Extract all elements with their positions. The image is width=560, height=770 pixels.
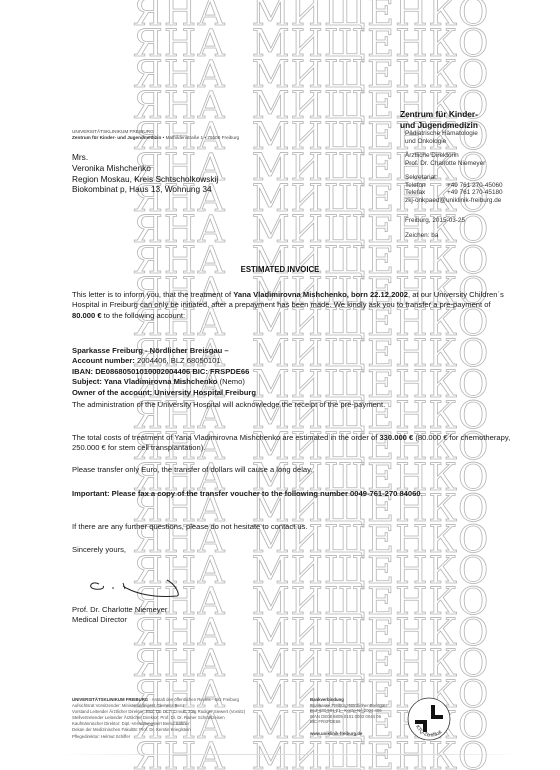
- subject-row: Subject: Yana Vladimirovna Mishchenko (N…: [72, 377, 512, 387]
- account-number-row: Account number: 2004406, BLZ 68050101: [72, 356, 512, 366]
- sender-address-line: Zentrum für Kinder- und Jugendmedizin • …: [72, 135, 239, 141]
- subject-value: (Nemo): [217, 377, 244, 386]
- bank-title: Bankverbindung: [310, 697, 344, 702]
- patient-name: Yana Vladimirovna Mishchenko, born 22.12…: [233, 290, 408, 299]
- fax-paragraph: Important: Please fax a copy of the tran…: [72, 489, 512, 499]
- fax-instruction: Important: Please fax a copy of the tran…: [72, 489, 421, 498]
- signer-block: Prof. Dr. Charlotte Niemeyer Medical Dir…: [72, 605, 512, 626]
- bank-details: Sparkasse Freiburg - Nördlicher Breisgau…: [72, 346, 512, 398]
- sender-org: Zentrum für Kinder- und Jugendmedizin: [72, 135, 161, 140]
- sender-line: UNIVERSITÄTSKLINIKUM FREIBURG Zentrum fü…: [72, 129, 239, 140]
- letter-date: Freiburg, 2015-03-25: [405, 217, 465, 224]
- bank-line: BLZ 680 501 01 · Konto-Nr. 2004 406: [310, 708, 387, 714]
- admin-paragraph: The administration of the University Hos…: [72, 400, 512, 410]
- fax-label: Telefax: [405, 189, 447, 197]
- bank-line: BIC FRSPDE66: [310, 719, 387, 725]
- recipient-name: Veronika Mishchenko: [72, 163, 218, 174]
- prepayment-amount: 80.000 €: [72, 311, 102, 320]
- bank-lines: Sparkasse Freiburg-Nördlicher BreisgauBL…: [310, 703, 387, 725]
- recipient-address: Mrs. Veronika Mishchenko Region Moskau, …: [72, 152, 218, 195]
- signer-title: Medical Director: [72, 615, 512, 625]
- iban-bic: IBAN: DE08680501010002004406 BIC: FRSPDE…: [72, 367, 512, 377]
- questions-paragraph: If there are any further questions, plea…: [72, 522, 512, 532]
- invoice-title: ESTIMATED INVOICE: [0, 265, 560, 274]
- bank-name: Sparkasse Freiburg - Nördlicher Breisgau…: [72, 346, 512, 356]
- scan-edge: [60, 754, 520, 755]
- invoice-letter: Zentrum für Kinder- und Jugendmedizin Pä…: [0, 0, 560, 770]
- department-title-line2: und Jugendmedizin: [400, 120, 478, 131]
- subdepartment-line1: Pädiatrische Hämatologie: [405, 130, 478, 138]
- department-title-line1: Zentrum für Kinder-: [400, 109, 478, 120]
- director-title: Ärztliche Direktorin: [405, 152, 485, 160]
- intro-text-a: This letter is to inform you, that the t…: [72, 290, 233, 299]
- recipient-street: Biokombinat p, Haus 13, Wohnung 34: [72, 184, 218, 195]
- footer-bank: Bankverbindung Sparkasse Freiburg-Nördli…: [310, 697, 387, 725]
- reference-code: Zeichen: ba: [405, 232, 438, 239]
- costs-paragraph: The total costs of treatment of Yana Vla…: [72, 433, 512, 454]
- department-title: Zentrum für Kinder- und Jugendmedizin: [400, 109, 478, 130]
- phone-row: Telefon +49 761 270-45060: [405, 182, 503, 190]
- footer-line: Pflegedirektor: Helmut Schiffer: [72, 734, 245, 740]
- subdepartment: Pädiatrische Hämatologie und Onkologie: [405, 130, 478, 145]
- account-value: 2004406, BLZ 68050101: [135, 356, 221, 365]
- subject-label: Subject: Yana Vladimirovna Mishchenko: [72, 377, 217, 386]
- fax-period: .: [421, 489, 423, 498]
- costs-text-a: The total costs of treatment of Yana Vla…: [72, 433, 379, 442]
- footer-institution: UNIVERSITÄTSKLINIKUM FREIBURG · Anstalt …: [72, 697, 245, 740]
- recipient-salutation: Mrs.: [72, 152, 218, 163]
- intro-text-c: to the following account:: [102, 311, 186, 320]
- secretary-contact: Sekretariat: Telefon +49 761 270-45060 T…: [405, 174, 503, 204]
- signer-name: Prof. Dr. Charlotte Niemeyer: [72, 605, 512, 615]
- director-name: Prof. Dr. Charlotte Niemeyer: [405, 160, 485, 168]
- ktq-certificate-icon: KTQ-Zertifikat: [406, 696, 452, 742]
- fax-row: Telefax +49 761 270-45180: [405, 189, 503, 197]
- secretary-label: Sekretariat:: [405, 174, 503, 182]
- recipient-region: Region Moskau, Kreis Schtscholkowskij: [72, 174, 218, 185]
- total-cost: 330.000 €: [379, 433, 413, 442]
- subdepartment-line2: und Onkologie: [405, 138, 478, 146]
- account-owner: Owner of the account: University Hospita…: [72, 388, 512, 398]
- phone-label: Telefon: [405, 182, 447, 190]
- email-link[interactable]: zkj-onkpaed@uniklinik-freiburg.de: [405, 197, 503, 205]
- currency-paragraph: Please transfer only Euro, the transfer …: [72, 465, 512, 475]
- sender-address: • Mathildenstraße 1 • 79106 Freiburg: [163, 135, 240, 140]
- account-label: Account number:: [72, 356, 135, 365]
- intro-paragraph: This letter is to inform you, that the t…: [72, 290, 512, 321]
- website-link[interactable]: www.uniklinik-freiburg.de: [310, 731, 362, 736]
- signature-icon: [85, 570, 195, 600]
- closing: Sincerely yours,: [72, 545, 512, 555]
- fax-value: +49 761 270-45180: [447, 189, 503, 197]
- phone-value: +49 761 270-45060: [447, 182, 503, 190]
- director-block: Ärztliche Direktorin Prof. Dr. Charlotte…: [405, 152, 485, 167]
